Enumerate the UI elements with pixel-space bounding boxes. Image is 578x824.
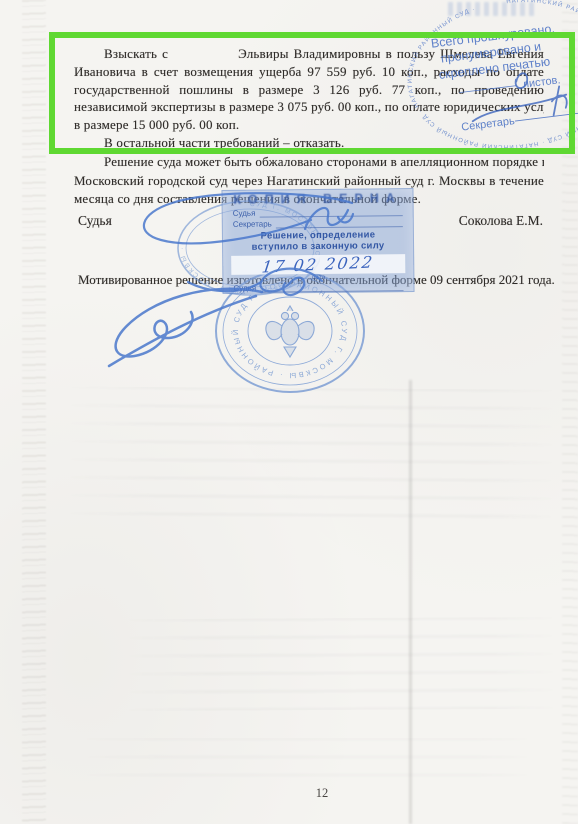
- entered-force-line2: вступило в законную силу: [223, 241, 413, 253]
- stamp-secretary-label: Секретарь: [233, 219, 276, 228]
- verdict-line: независимой экспертизы в размере 3 075 р…: [74, 98, 544, 116]
- large-judge-signature: [109, 289, 262, 366]
- appeal-line: Московский городской суд через Нагатинск…: [74, 172, 544, 191]
- verdict-line: Взыскать с Эльвиры Владимировны в пользу…: [74, 45, 544, 63]
- verdict-refusal-line: В остальной части требований – отказать.: [74, 134, 544, 152]
- appeal-line: Решение суда может быть обжаловано сторо…: [74, 153, 544, 172]
- stamp-secretary-row: Секретарь: [233, 218, 403, 229]
- scan-edge-noise-left: [22, 0, 46, 824]
- stamp-judge2-row: Судья: [233, 282, 403, 293]
- copy-valid-title: КОПИЯ ВЕРНА: [222, 191, 412, 207]
- stamp-date-strip: 17 02 2022: [231, 254, 405, 275]
- bleedthrough-text-ghost: [70, 738, 540, 786]
- signature-line: [259, 207, 402, 218]
- verdict-line: Ивановича в счет возмещения ущерба 97 55…: [74, 63, 544, 81]
- double-headed-eagle-emblem-icon: [266, 306, 314, 357]
- stamp-judge2-label: Судья: [233, 284, 260, 293]
- judge-name: Соколова Е.М.: [459, 213, 543, 229]
- signature-line: [260, 282, 403, 293]
- bleedthrough-text-ghost: [60, 386, 561, 527]
- verdict-paragraph: Взыскать с Эльвиры Владимировны в пользу…: [74, 45, 544, 152]
- verdict-line: в размере 15 000 руб. 00 коп.: [74, 116, 544, 134]
- date-label: дата: [223, 273, 413, 282]
- verdict-line: государственной пошлины в размере 3 126 …: [74, 81, 544, 99]
- signature-line: [276, 218, 403, 228]
- judge-label: Судья: [78, 213, 112, 229]
- scan-edge-noise-right: [562, 0, 578, 824]
- scanned-court-document-page: Взыскать с Эльвиры Владимировны в пользу…: [0, 0, 578, 824]
- page-number: 12: [306, 786, 338, 801]
- stamp-judge-row: Судья: [233, 207, 403, 218]
- entered-into-force-stamp: КОПИЯ ВЕРНА Судья Секретарь Решение, опр…: [221, 188, 414, 294]
- entered-force-text: Решение, определение вступило в законную…: [223, 230, 413, 253]
- bleedthrough-text-ghost: [120, 617, 560, 711]
- stamp-judge-label: Судья: [233, 209, 260, 218]
- faint-corner-stamp-mark: [448, 2, 534, 16]
